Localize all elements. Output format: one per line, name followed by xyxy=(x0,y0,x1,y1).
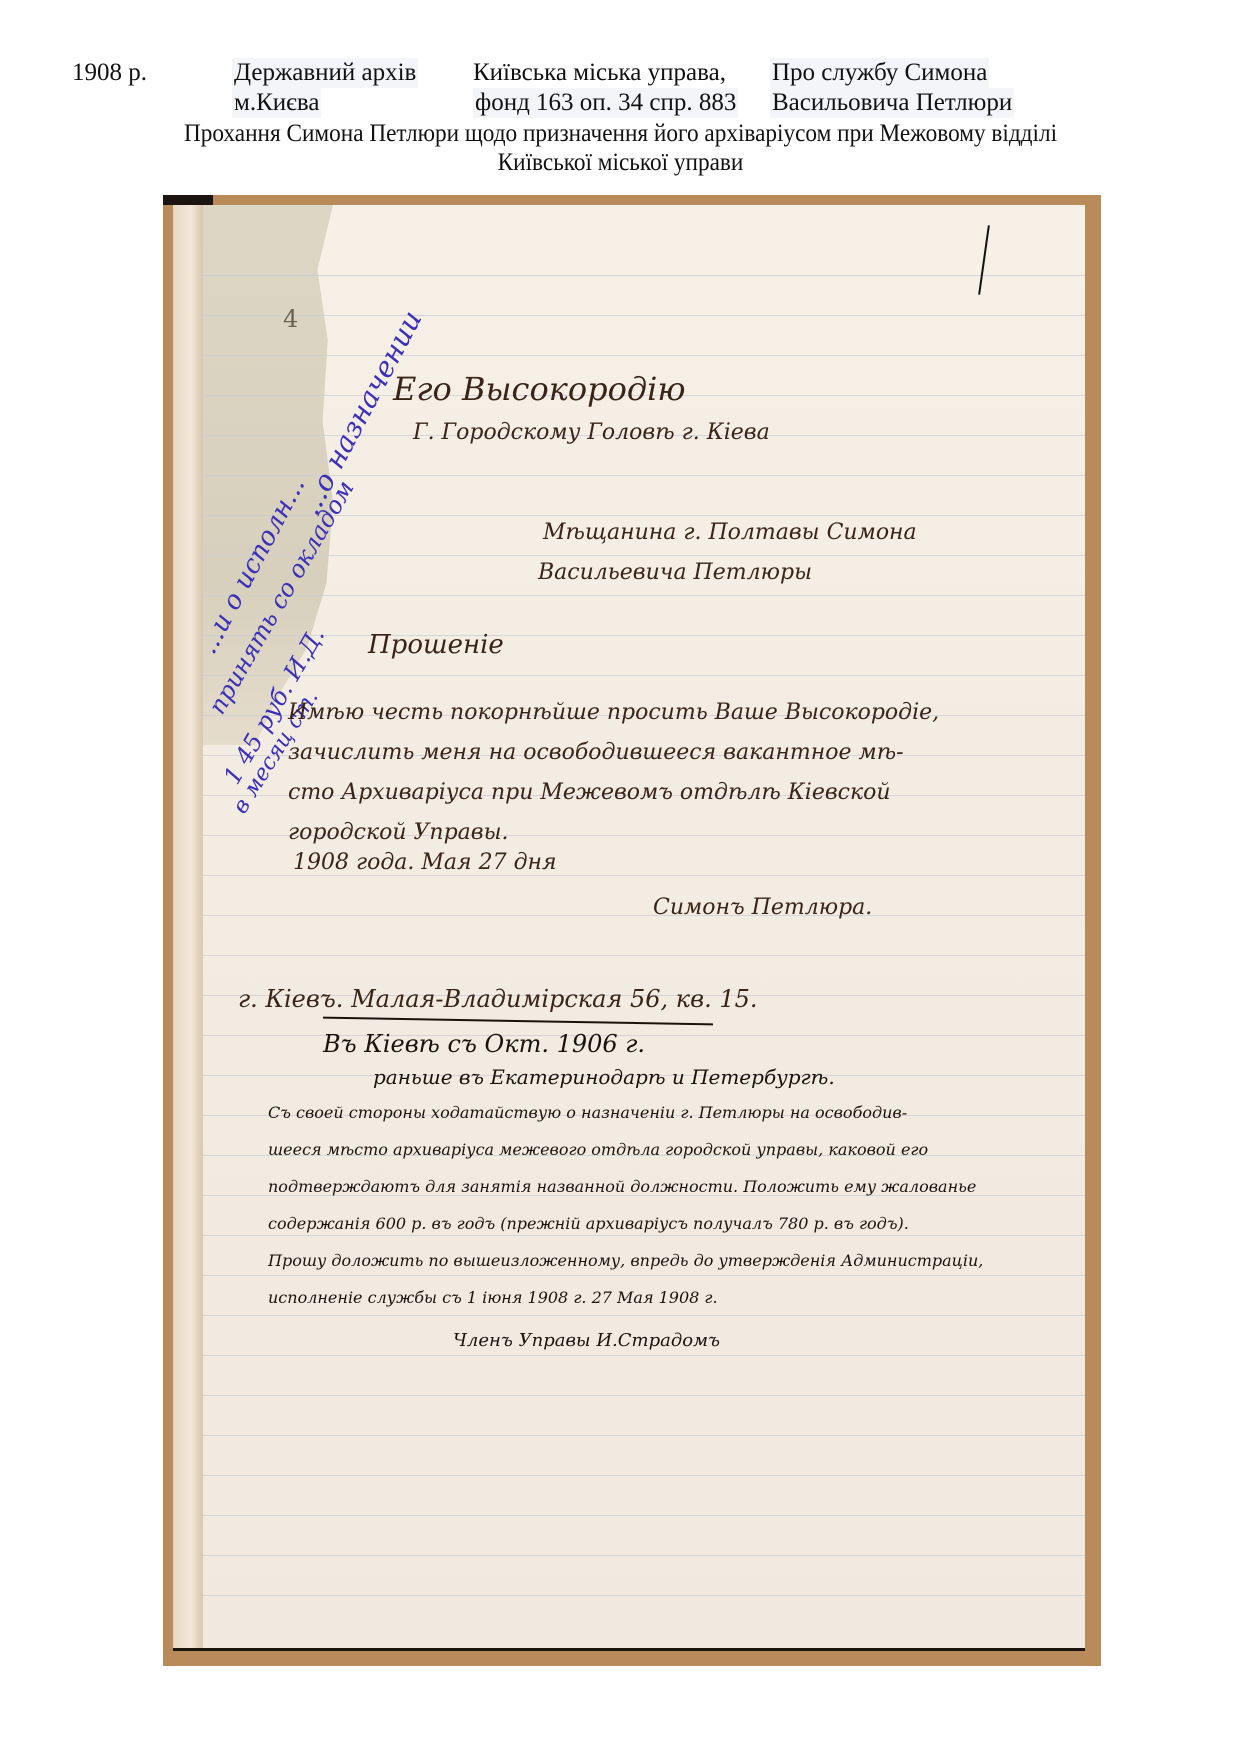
year-label: 1908 р. xyxy=(72,58,147,88)
petition-date: 1908 года. Мая 27 дня xyxy=(293,850,557,875)
document-page: 4 ...о назначении ...и о исполн... приня… xyxy=(173,205,1085,1651)
petition-body-line-2: зачислить меня на освободившееся вакантн… xyxy=(288,740,904,765)
official-note-line-2: шееся мѣсто архиваріуса межевого отдѣла … xyxy=(268,1140,928,1159)
official-note-line-4: содержанія 600 р. въ годъ (прежній архив… xyxy=(268,1214,909,1233)
fund-title: Київська міська управа, xyxy=(473,58,726,88)
subject-line-2: Васильовича Петлюри xyxy=(770,88,1014,118)
page-binding xyxy=(173,205,203,1651)
subject-line-1: Про службу Симона xyxy=(770,58,989,88)
petitioner-address: г. Кіевъ. Малая-Владимірская 56, кв. 15. xyxy=(238,985,758,1013)
petitioner-signature: Симонъ Петлюра. xyxy=(653,895,872,920)
fund-reference: фонд 163 оп. 34 спр. 883 xyxy=(473,88,738,118)
petition-body-line-4: городской Управы. xyxy=(288,820,508,845)
addressee-line-2: Г. Городскому Головѣ г. Кіева xyxy=(413,420,770,445)
caption-line-1: Прохання Симона Петлюри щодо призначення… xyxy=(43,119,1197,149)
official-note-line-6: исполненіе службы съ 1 іюня 1908 г. 27 М… xyxy=(268,1288,718,1307)
residence-note-2: раньше въ Екатеринодарѣ и Петербургѣ. xyxy=(373,1065,835,1089)
archive-name: Державний архів xyxy=(232,58,418,88)
page-bottom-edge xyxy=(173,1648,1085,1651)
addressee-line-1: Его Высокородію xyxy=(393,370,686,408)
official-note-line-3: подтверждаютъ для занятія названной долж… xyxy=(268,1177,976,1196)
official-note-line-1: Съ своей стороны ходатайствую о назначен… xyxy=(268,1103,907,1122)
folio-mark xyxy=(978,225,990,295)
petition-body-line-1: Имѣю честь покорнѣйше просить Ваше Высок… xyxy=(288,700,939,725)
petition-body-line-3: сто Архиваріуса при Межевомъ отдѣлѣ Кіев… xyxy=(288,780,891,805)
margin-number: 4 xyxy=(283,305,298,333)
residence-note-1: Въ Кіевѣ съ Окт. 1906 г. xyxy=(323,1030,645,1058)
caption-line-2: Київської міської управи xyxy=(43,148,1197,178)
archive-city: м.Києва xyxy=(232,88,321,118)
petition-title: Прошеніе xyxy=(368,630,504,660)
address-underline xyxy=(323,1017,713,1026)
scan-corner-shadow xyxy=(163,195,213,205)
scanned-document: 4 ...о назначении ...и о исполн... приня… xyxy=(163,195,1101,1666)
sender-line-2: Васильевича Петлюры xyxy=(538,560,812,585)
official-note-line-5: Прошу доложить по вышеизложенному, впред… xyxy=(268,1251,983,1270)
sender-line-1: Мѣщанина г. Полтавы Симона xyxy=(543,520,917,545)
council-member-signature: Членъ Управы И.Страдомъ xyxy=(453,1330,720,1351)
